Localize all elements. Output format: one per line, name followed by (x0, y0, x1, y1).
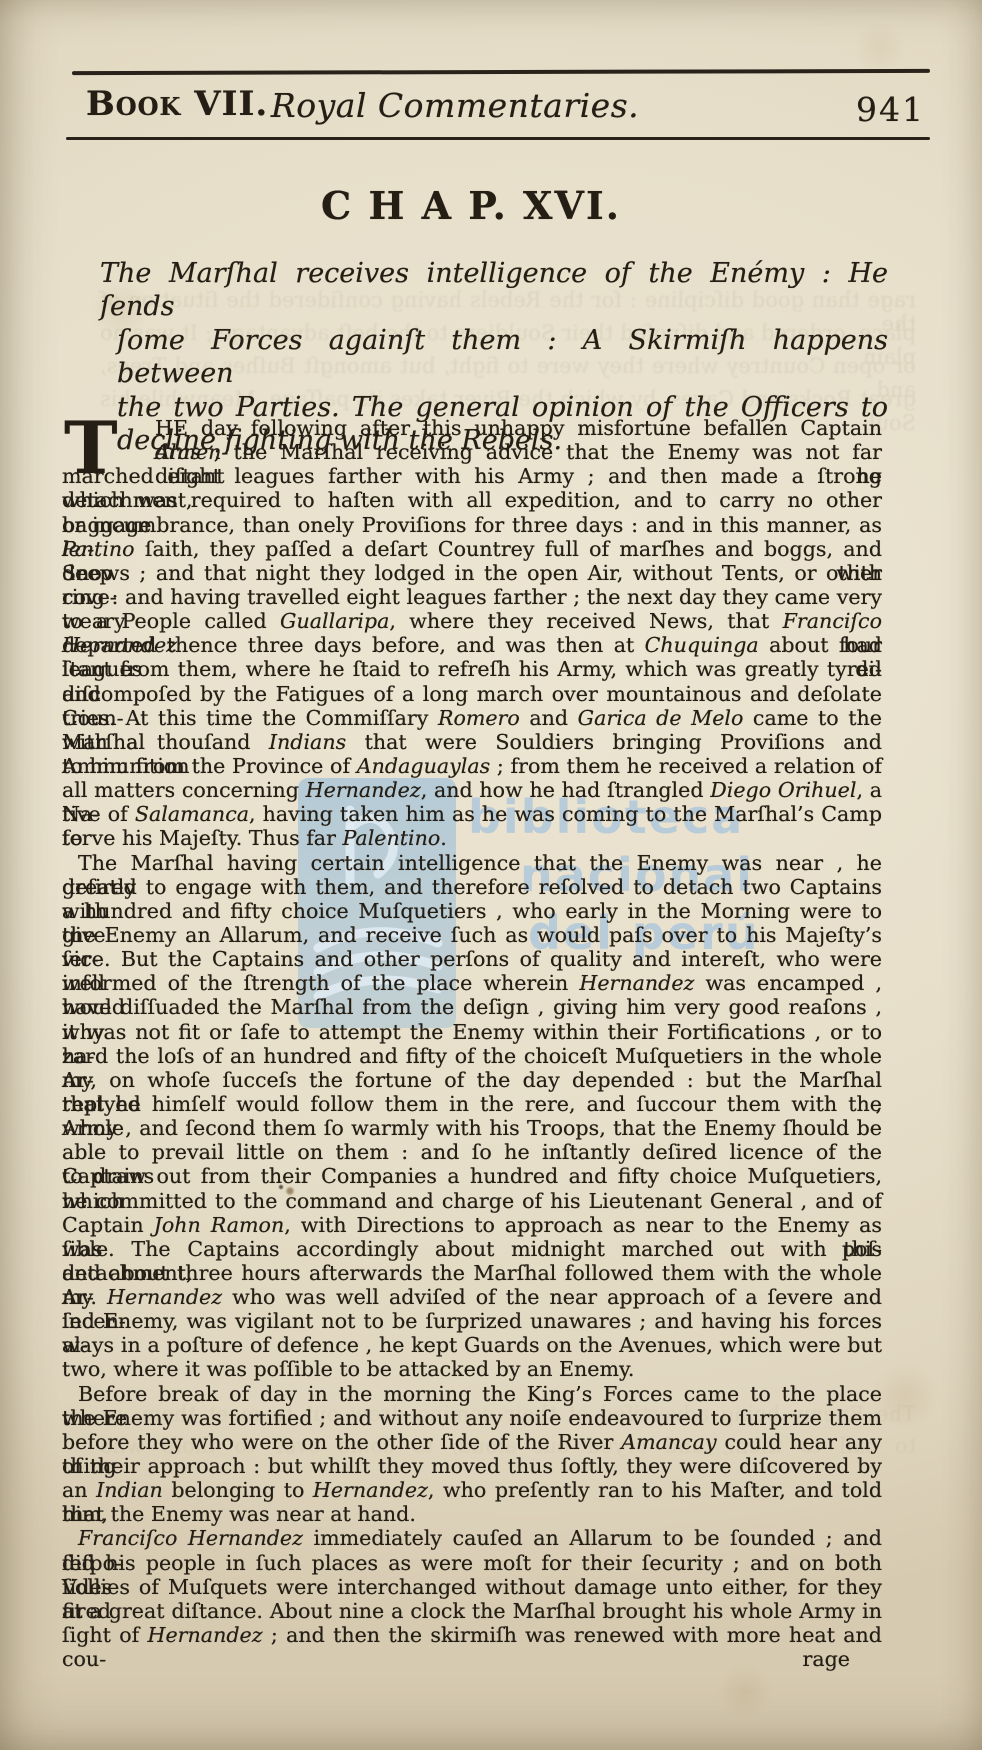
body-line: dras ; the Marſhal receiving advice that… (62, 440, 882, 464)
argument-line: The Marſhal receives intelligence of the… (100, 257, 888, 324)
body-line: a hundred and fifty choice Muſquetiers ,… (62, 899, 882, 923)
chapter-heading: C H A P. XVI. (0, 183, 942, 228)
body-line: to a People called Guallaripa, where the… (62, 609, 882, 633)
body-line: informed of the ſtrength of the place wh… (62, 971, 882, 995)
body-line: ſerve his Majeſty. Thus far Palentino. (62, 826, 882, 850)
body-line: ſed his people in ſuch places as were mo… (62, 1551, 882, 1575)
body-line: he committed to the command and charge o… (62, 1189, 882, 1213)
body-line: the Enemy was fortified ; and without an… (62, 1406, 882, 1430)
body-line: lentino ſaith, they paſſed a deſart Coun… (62, 537, 882, 561)
printed-content: Book VII. Royal Commentaries. 941 C H A … (0, 0, 982, 1750)
body-line: tries. At this time the Commiſſary Romer… (62, 706, 882, 730)
body-line: diſcompoſed by the Fatigues of a long ma… (62, 682, 882, 706)
body-line: to draw out from their Companies a hundr… (62, 1164, 882, 1188)
page-number: 941 (856, 90, 925, 129)
body-line: the Enemy an Allarum, and receive ſuch a… (62, 923, 882, 947)
body-line: to him from the Province of Andaguaylas … (62, 754, 882, 778)
header-rule-top (72, 69, 930, 75)
body-paragraph: The Marſhal having certain intelligence … (62, 851, 882, 1382)
body-line: Franciſco Hernandez immediately cauſed a… (62, 1526, 882, 1550)
body-line: Before break of day in the morning the K… (62, 1382, 882, 1406)
body-line: HE day following after this unhappy misf… (62, 416, 882, 440)
header-rule-bottom (66, 137, 930, 140)
body-line: with a thouſand Indians that were Souldi… (62, 730, 882, 754)
body-line: Vollies of Muſquets were interchanged wi… (62, 1575, 882, 1599)
body-line: have diſſuaded the Marſhal from the deſi… (62, 995, 882, 1019)
body-line: vice. But the Captains and other perſons… (62, 947, 882, 971)
body-line: that the Enemy was near at hand. (62, 1502, 882, 1526)
body-line: which was required to haſten with all ex… (62, 488, 882, 512)
body-line: and about three hours afterwards the Mar… (62, 1261, 882, 1285)
body-line: my, on whoſe ſucceſs the fortune of the … (62, 1068, 882, 1092)
body-text: THE day following after this unhappy mis… (62, 416, 882, 1671)
body-line: all matters concerning Hernandez, and ho… (62, 778, 882, 802)
body-line: ways in a poſture of defence , he kept G… (62, 1333, 882, 1357)
body-line: my. Hernandez who was well adviſed of th… (62, 1285, 882, 1309)
body-line: or incumbrance, than onely Proviſions fo… (62, 513, 882, 537)
book-page-scan: rage than good diſcipline : for the Rebe… (0, 0, 982, 1750)
catchword: rage (62, 1647, 882, 1671)
body-line: able to prevail little on them : and ſo … (62, 1140, 882, 1164)
body-line: The Marſhal having certain intelligence … (62, 851, 882, 875)
body-line: ſight of Hernandez ; and then the skirmi… (62, 1623, 882, 1647)
body-line: ſible. The Captains accordingly about mi… (62, 1237, 882, 1261)
body-line: ſed Enemy, was vigilant not to be ſurpri… (62, 1309, 882, 1333)
body-line: marched eight leagues farther with his A… (62, 464, 882, 488)
body-line: of their approach : but whilſt they move… (62, 1454, 882, 1478)
body-line: tive of Salamanca, having taken him as h… (62, 802, 882, 826)
body-line: two, where it was poſſible to be attacke… (62, 1357, 882, 1381)
body-line: before they who were on the other ſide o… (62, 1430, 882, 1454)
body-line: Captain John Ramon, with Directions to a… (62, 1213, 882, 1237)
body-line: it was not fit or ſafe to attempt the En… (62, 1020, 882, 1044)
drop-cap: T (64, 417, 118, 478)
body-line: Army , and ſecond them ſo warmly with hi… (62, 1116, 882, 1140)
body-line: that he himſelf would follow them in the… (62, 1092, 882, 1116)
body-line: departed thence three days before, and w… (62, 633, 882, 657)
body-line: deſired to engage with them, and therefo… (62, 875, 882, 899)
body-line: an Indian belonging to Hernandez, who pr… (62, 1478, 882, 1502)
running-title: Royal Commentaries. (220, 86, 690, 125)
argument-line: ſome Forces againſt them : A Skirmiſh ha… (100, 324, 888, 391)
body-line: Snows ; and that night they lodged in th… (62, 561, 882, 585)
body-paragraph: Franciſco Hernandez immediately cauſed a… (62, 1526, 882, 1647)
body-paragraph: THE day following after this unhappy mis… (62, 416, 882, 851)
body-paragraph: Before break of day in the morning the K… (62, 1382, 882, 1527)
body-line: zard the loſs of an hundred and fifty of… (62, 1044, 882, 1068)
body-line: ring : and having travelled eight league… (62, 585, 882, 609)
body-line: ſtant from them, where he ſtaid to refre… (62, 657, 882, 681)
body-line: at a great diſtance. About nine a clock … (62, 1599, 882, 1623)
